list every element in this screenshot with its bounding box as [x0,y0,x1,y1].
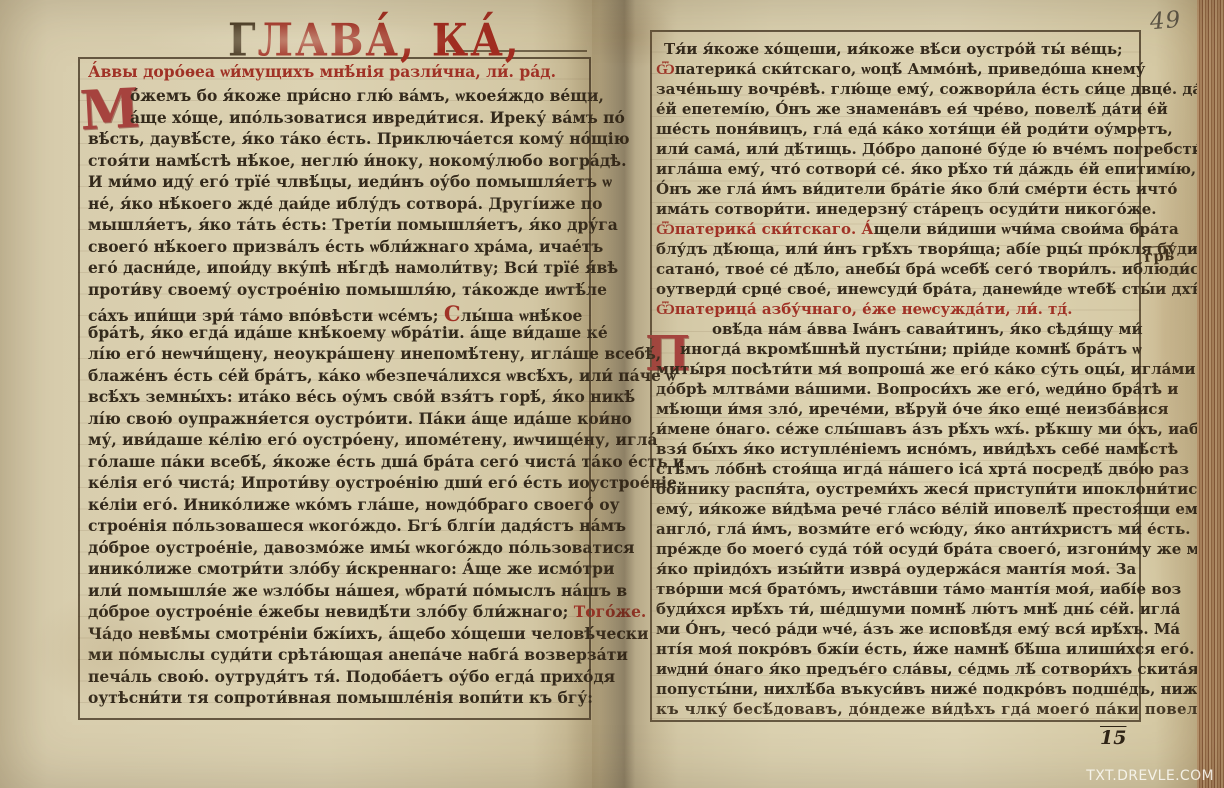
body-text: а́ще хо́ще, ипо́льзоватися ивреди́тися. … [130,108,625,127]
manuscript-line: е́й епетемі́ю, О́нъ же знамена́въ ея́ чр… [656,100,1168,118]
body-text: англо́, гла́ и́мъ, возми́те его́ ѡсю́ду,… [656,520,1190,538]
manuscript-line: ше́сть поня́вицъ, гла́ еда́ ка́ко хотя́щ… [656,120,1173,138]
body-text: или́ сама́, или́ дѣ́тищь. До́бро дапоне́… [656,140,1208,158]
body-text: своего́ нѣ́коего призва́лъ е́сть ѡбли́жн… [88,237,603,256]
manuscript-line: нті́я моя́ покро́въ бжі́и е́сть, и́же на… [656,640,1194,658]
body-text: патерика́ ски́тскаго, ѡоцѣ́ Аммо́нѣ, при… [675,60,1146,78]
manuscript-line: до́брое оустрое́ніе е́жебы невидѣ́ти зло… [88,602,646,621]
body-text: ми по́мыслы суди́ти срѣта́ющая анепа́че … [88,645,628,664]
body-text: нті́я моя́ покро́въ бжі́и е́сть, и́же на… [656,640,1194,658]
body-text: бра́тѣ, я́ко егда́ ида́ше кнѣ́коему ѡбра… [88,323,608,342]
manuscript-line: И ми́мо иду́ его́ трїе́ члвѣ́цы, иеди́нъ… [88,172,612,192]
manuscript-line: мышля́етъ, я́ко та́ть е́сть: Треті́и пом… [88,215,618,234]
body-text: ке́лія его́ чиста́; Ипроти́ву оустрое́ні… [88,473,677,492]
body-text: щели ви́диши ѡчи́ма свои́ма бра́та [874,220,1179,238]
body-text: тво́рши мся́ брато́мъ, иѡста́вши та́мо м… [656,580,1181,598]
manuscript-line: тво́рши мся́ брато́мъ, иѡста́вши та́мо м… [656,580,1181,599]
manuscript-line: сатано́, твое́ се́ дѣ́ло, анебы́ бра́ ѡс… [656,260,1224,279]
body-text: всѣ́хъ земны́хъ: ита́ко ве́сь оу́мъ сво́… [88,387,635,406]
body-text: Тя́и я́коже хо́щеши, ия́коже вѣ́си оустр… [664,40,1123,58]
page-edges-tint [1197,0,1224,788]
manuscript-line: ми О́нъ, чесо́ ра́ди ѡче́, а́зъ же испов… [656,620,1180,639]
manuscript-line: его́ дасни́де, ипои́ду вку́пѣ нѣ́гдѣ нам… [88,258,618,277]
manuscript-line: о́жемъ бо я́коже при́сно глю́ ва́мъ, ѡко… [88,86,604,106]
rubric-text: Ѿ [656,60,675,78]
manuscript-line: иногда́ вкромѣ́шнѣй пусты́ни; пріи́де ко… [656,340,1142,359]
manuscript-line: ми по́мыслы суди́ти срѣта́ющая анепа́че … [88,645,628,664]
body-text: ми О́нъ, чесо́ ра́ди ѡче́, а́зъ же испов… [656,620,1180,638]
body-text: сатано́, твое́ се́ дѣ́ло, анебы́ бра́ ѡс… [656,260,1224,278]
manuscript-line: пре́жде бо моего́ суда́ то́й осуди́ бра́… [656,540,1221,558]
manuscript-line: оутѣсни́ти тя сопроти́вная помышле́нія в… [88,688,593,707]
manuscript-line: иѡдни́ о́наго я́ко предъе́го сла́вы, се́… [656,660,1219,679]
body-text: я́ко пріидо́хъ изы́йти извра́ оудержа́ся… [656,560,1136,578]
manuscript-line: Ѿпатерица́ азбу́чнаго, е́же неѡсужда́ти,… [656,300,1073,319]
manuscript-line: О́нъ же гла́ и́мъ ви́дители бра́тіе я́ко… [656,180,1177,198]
manuscript-line: буди́хся ирѣ́хъ ти́, ше́дшуми помнѣ́ лю́… [656,600,1180,618]
manuscript-line: игла́ша ему́, что́ сотвори́ се́. я́ко рѣ… [656,160,1196,178]
manuscript-line: до́брое оустрое́ніе, давозмо́же имы́ ѡко… [88,538,635,558]
body-text: О́нъ же гла́ и́мъ ви́дители бра́тіе я́ко… [656,180,1177,198]
body-text: мѣ́ющи и́мя зло́, ирече́ми, вѣ́руй о́че … [656,400,1168,418]
body-text: взя́ бы́хъ я́ко иступле́ніемъ исно́мъ, и… [656,440,1178,458]
body-text: го́лаше па́ки всебѣ́, я́коже е́сть дша́ … [88,452,684,471]
body-text: или́ помышля́е же ѡзло́бы на́шея, ѡбрати… [88,581,627,600]
body-text: миты́ря посѣти́ти мя́ вопроша́ же его́ к… [656,360,1196,378]
manuscript-line: всѣ́хъ земны́хъ: ита́ко ве́сь оу́мъ сво́… [88,387,635,406]
manuscript-line: проти́ву своему́ оустрое́нію помышля́ю, … [88,280,607,300]
manuscript-line: и́мене о́наго. се́же слы́шавъ а́зъ рѣ́хъ… [656,420,1214,439]
manuscript-line: или́ помышля́е же ѡзло́бы на́шея, ѡбрати… [88,581,627,601]
body-text: иногда́ вкромѣ́шнѣй пусты́ни; пріи́де ко… [680,340,1142,358]
rubric-text: Ѿпатерика́ ски́тскаго. А́ [656,220,874,238]
body-text: има́ть сотвори́ти. инедерзну́ ста́рецъ о… [656,200,1157,218]
manuscript-line: или́ сама́, или́ дѣ́тищь. До́бро дапоне́… [656,140,1208,158]
manuscript-line: лі́ю свою́ оупражня́ется оустро́ити. Па́… [88,409,632,428]
manuscript-line: заче́ньшу вочре́вѣ. глю́ще ему́, сожвори… [656,80,1224,98]
body-text: блу́дъ дѣ́юща, или́ и́нъ грѣ́хъ творя́ща… [656,240,1198,258]
body-text: печа́ль свою́. оутрудя́тъ тя́. Подоба́ет… [88,667,615,686]
body-text: до́брѣ млтва́ми ва́шими. Вопроси́хъ же е… [656,380,1178,398]
manuscript-line: го́лаше па́ки всебѣ́, я́коже е́сть дша́ … [88,452,684,471]
margin-gloss: грѣ [1143,246,1174,266]
body-text: стоя́ти намѣ́стѣ нѣ́кое, неглю́ и́ноку, … [88,151,626,170]
manuscript-line: а́ще хо́ще, ипо́льзоватися ивреди́тися. … [88,108,625,127]
body-text: лі́ю свою́ оупражня́ется оустро́ити. Па́… [88,409,632,428]
body-text: блаже́нъ е́сть се́й бра́тъ, ка́ко ѡбезпе… [88,366,676,385]
manuscript-line: не́, я́ко нѣ́коего жде́ даи́де иблу́дъ с… [88,194,602,213]
body-text: вѣ́сть, даувѣ́сте, я́ко та́ко е́сть. При… [88,129,630,148]
manuscript-line: инико́лиже смотри́ти зло́бу и́скреннаго:… [88,559,614,578]
body-text: ему́, ия́коже ви́дѣма рече́ гла́со ве́лі… [656,500,1208,518]
manuscript-line: лі́ю его́ неѡчи́щену, неоукра́шену инепо… [88,344,661,364]
body-text: И ми́мо иду́ его́ трїе́ члвѣ́цы, иеди́нъ… [88,172,612,191]
manuscript-line: Ѿпатерика́ ски́тскаго. А́щели ви́диши ѡч… [656,220,1179,239]
body-text: проти́ву своему́ оустрое́нію помышля́ю, … [88,280,607,299]
manuscript-line: ке́лія его́ чиста́; Ипроти́ву оустрое́ні… [88,473,677,492]
manuscript-line: оутверди́ срце́ свое́, инеѡсуди́ бра́та,… [656,280,1208,299]
manuscript-line: своего́ нѣ́коего призва́лъ е́сть ѡбли́жн… [88,237,603,257]
body-text: заче́ньшу вочре́вѣ. глю́ще ему́, сожвори… [656,80,1224,98]
body-text: буди́хся ирѣ́хъ ти́, ше́дшуми помнѣ́ лю́… [656,600,1180,618]
body-text: стѣ́мъ ло́бнѣ стоя́ща игда́ на́шего іса́… [656,460,1189,478]
body-text: мышля́етъ, я́ко та́ть е́сть: Треті́и пом… [88,215,618,234]
manuscript-line: взя́ бы́хъ я́ко иступле́ніемъ исно́мъ, и… [656,440,1178,458]
body-text: Ча́до невѣ́мы смотре́ніи бжі́ихъ, а́щебо… [88,624,649,643]
manuscript-line: до́брѣ млтва́ми ва́шими. Вопроси́хъ же е… [656,380,1178,399]
manuscript-line: бо́йнику распя́та, оустреми́хъ жеся́ при… [656,480,1208,498]
body-text: иѡдни́ о́наго я́ко предъе́го сла́вы, се́… [656,660,1219,678]
manuscript-line: миты́ря посѣти́ти мя́ вопроша́ же его́ к… [656,360,1196,378]
right-page-text: Тя́и я́коже хо́щеши, ия́коже вѣ́си оустр… [656,0,1146,788]
body-text: ше́сть поня́вицъ, гла́ еда́ ка́ко хотя́щ… [656,120,1173,138]
manuscript-line: мѣ́ющи и́мя зло́, ирече́ми, вѣ́руй о́че … [656,400,1168,418]
body-text: е́й епетемі́ю, О́нъ же знамена́въ ея́ чр… [656,100,1168,118]
body-text: оутверди́ срце́ свое́, инеѡсуди́ бра́та,… [656,280,1208,298]
manuscript-line: печа́ль свою́. оутрудя́тъ тя́. Подоба́ет… [88,667,615,686]
manuscript-line: блаже́нъ е́сть се́й бра́тъ, ка́ко ѡбезпе… [88,366,676,386]
body-text: овѣ́да на́м а́вва Іѡа́нъ саваи́тинъ, я́к… [712,320,1143,338]
rubric-text: Ѿпатерица́ азбу́чнаго, е́же неѡсужда́ти,… [656,300,1073,318]
body-text: до́брое оустрое́ніе, давозмо́же имы́ ѡко… [88,538,635,557]
watermark: TXT.DREVLE.COM [1086,768,1214,784]
rubric-text: Того́же. [574,602,647,621]
body-text: не́, я́ко нѣ́коего жде́ даи́де иблу́дъ с… [88,194,602,213]
body-text: оутѣсни́ти тя сопроти́вная помышле́нія в… [88,688,593,707]
manuscript-line: стоя́ти намѣ́стѣ нѣ́кое, неглю́ и́ноку, … [88,151,626,170]
body-text: пре́жде бо моего́ суда́ то́й осуди́ бра́… [656,540,1221,558]
folio-number-pencil: 49 [1149,7,1182,36]
manuscript-line: има́ть сотвори́ти. инедерзну́ ста́рецъ о… [656,200,1157,218]
body-text: ке́ліи его́. Инико́лиже ѡко́мъ гла́ше, н… [88,495,620,514]
manuscript-line: ке́ліи его́. Инико́лиже ѡко́мъ гла́ше, н… [88,495,620,515]
body-text: бо́йнику распя́та, оустреми́хъ жеся́ при… [656,480,1208,498]
body-text: его́ дасни́де, ипои́ду вку́пѣ нѣ́гдѣ нам… [88,258,618,277]
body-text: му́, иви́даше ке́лію его́ оустро́ену, ип… [88,430,658,449]
footnote-line: къ члку́ бесѣ́довавъ, до́ндеже ви́дѣхъ г… [656,700,1224,718]
manuscript-line: Тя́и я́коже хо́щеши, ия́коже вѣ́си оустр… [656,40,1123,58]
body-text: до́брое оустрое́ніе е́жебы невидѣ́ти зло… [88,602,574,621]
body-text: инико́лиже смотри́ти зло́бу и́скреннаго:… [88,559,614,578]
manuscript-line: Ча́до невѣ́мы смотре́ніи бжі́ихъ, а́щебо… [88,624,649,643]
manuscript-line: Ѿпатерика́ ски́тскаго, ѡоцѣ́ Аммо́нѣ, пр… [656,60,1145,79]
manuscript-line: стѣ́мъ ло́бнѣ стоя́ща игда́ на́шего іса́… [656,460,1189,478]
rubric-text: А́ввы доро́ѳеа ѡи́мущихъ мнѣ́нія разли́ч… [88,62,556,81]
book-spread-scan: ГЛАВА́, КА́, М П А́ввы доро́ѳеа ѡи́мущих… [0,0,1224,788]
body-text: о́жемъ бо я́коже при́сно глю́ ва́мъ, ѡко… [130,86,604,105]
quire-mark: 15 [1100,727,1126,749]
manuscript-line: я́ко пріидо́хъ изы́йти извра́ оудержа́ся… [656,560,1136,578]
manuscript-line: англо́, гла́ и́мъ, возми́те его́ ѡсю́ду,… [656,520,1190,539]
manuscript-line: строе́нія по́льзовашеся ѡкого́ждо. Бгъ́ … [88,516,626,536]
body-text: и́мене о́наго. се́же слы́шавъ а́зъ рѣ́хъ… [656,420,1214,438]
manuscript-line: овѣ́да на́м а́вва Іѡа́нъ саваи́тинъ, я́к… [656,320,1143,339]
manuscript-line: бра́тѣ, я́ко егда́ ида́ше кнѣ́коему ѡбра… [88,323,608,343]
manuscript-line: вѣ́сть, даувѣ́сте, я́ко та́ко е́сть. При… [88,129,630,148]
manuscript-line: блу́дъ дѣ́юща, или́ и́нъ грѣ́хъ творя́ща… [656,240,1198,258]
manuscript-line: А́ввы доро́ѳеа ѡи́мущихъ мнѣ́нія разли́ч… [88,62,556,82]
body-text: игла́ша ему́, что́ сотвори́ се́. я́ко рѣ… [656,160,1196,178]
body-text: попусты́ни, нихлѣ́ба въкуси́въ ниже́ под… [656,680,1207,698]
manuscript-line: ему́, ия́коже ви́дѣма рече́ гла́со ве́лі… [656,500,1208,518]
manuscript-line: попусты́ни, нихлѣ́ба въкуси́въ ниже́ под… [656,680,1207,698]
body-text: строе́нія по́льзовашеся ѡкого́ждо. Бгъ́ … [88,516,626,535]
manuscript-line: му́, иви́даше ке́лію его́ оустро́ену, ип… [88,430,658,450]
left-page-text: А́ввы доро́ѳеа ѡи́мущихъ мнѣ́нія разли́ч… [88,0,588,788]
body-text: лі́ю его́ неѡчи́щену, неоукра́шену инепо… [88,344,661,363]
